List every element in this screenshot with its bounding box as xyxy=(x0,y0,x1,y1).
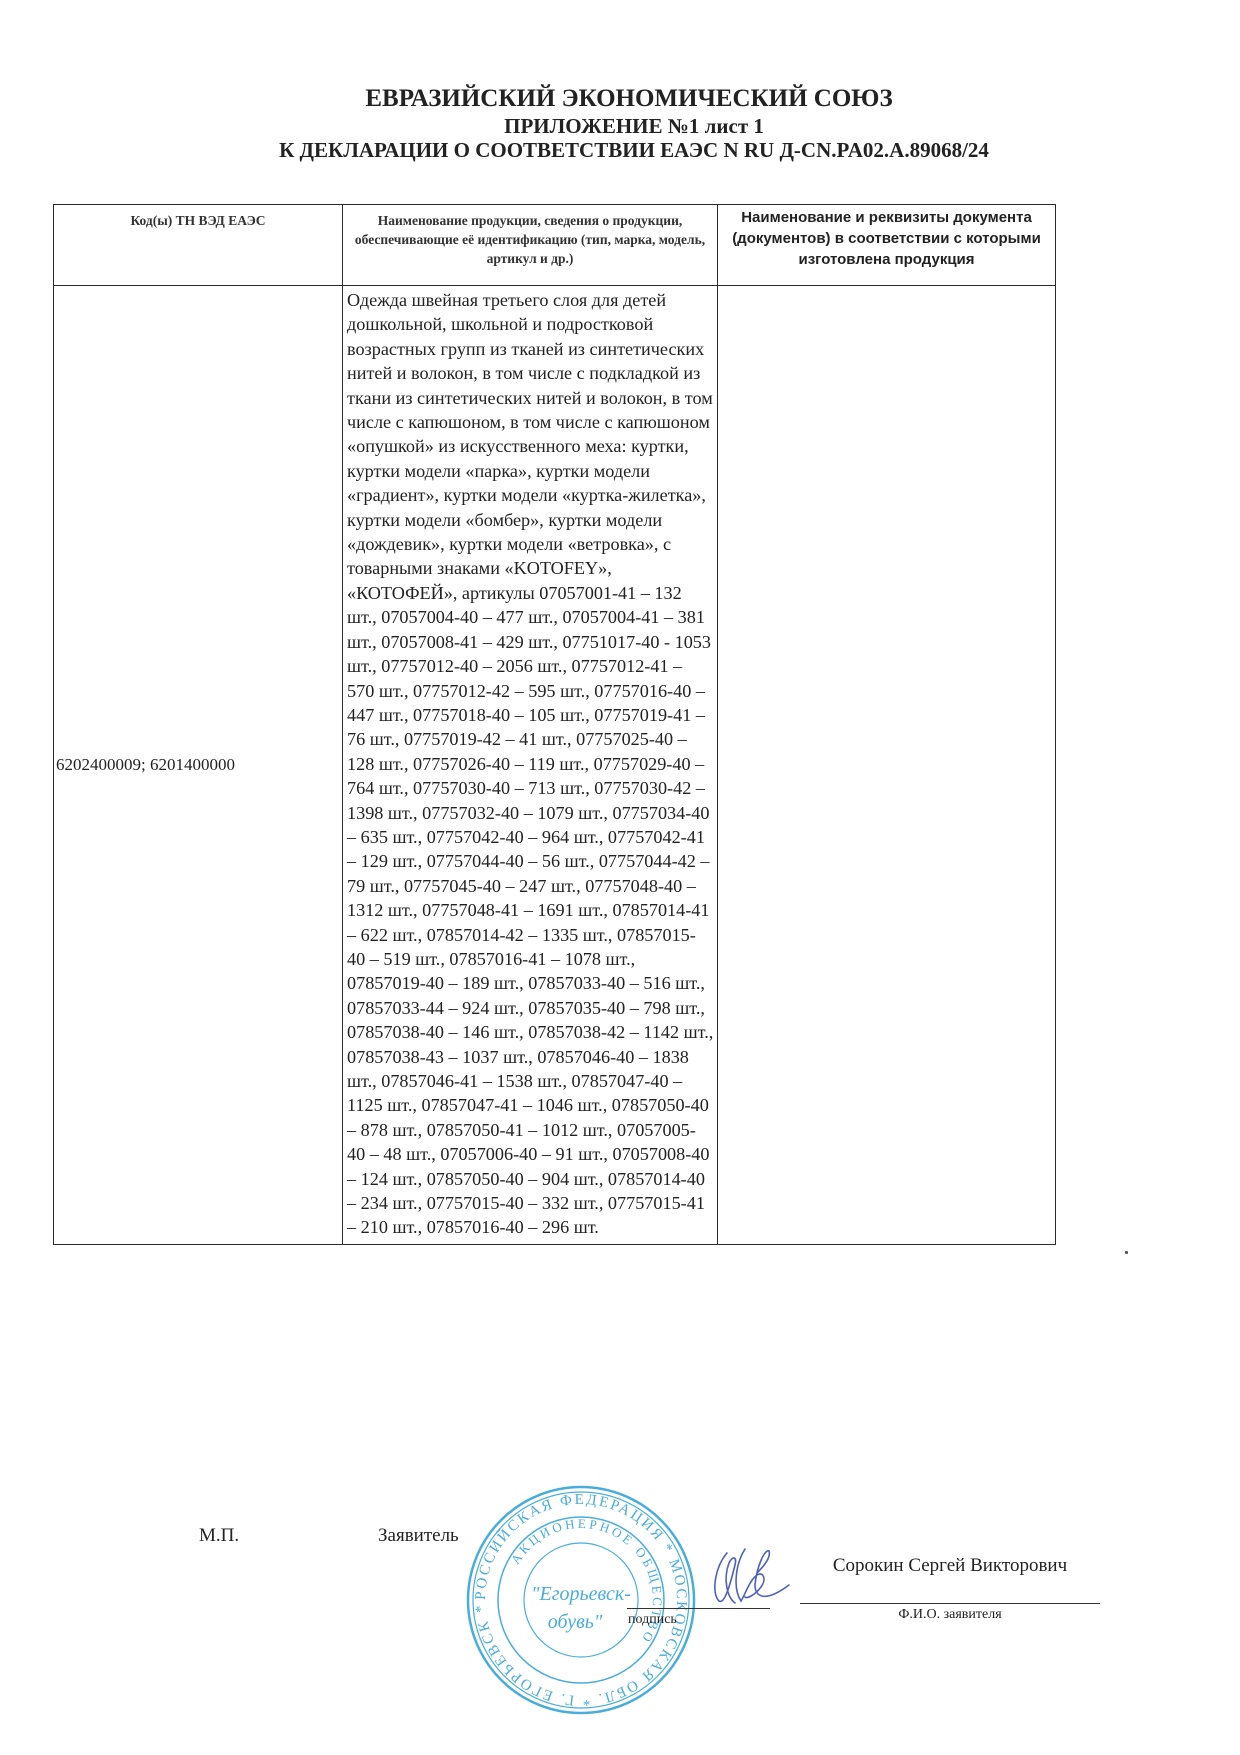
handwritten-signature-icon xyxy=(705,1545,795,1610)
document-header: ЕВРАЗИЙСКИЙ ЭКОНОМИЧЕСКИЙ СОЮЗ ПРИЛОЖЕНИ… xyxy=(0,84,1240,163)
signature-label: подпись xyxy=(628,1612,677,1628)
column-header-documents: Наименование и реквизиты документа (доку… xyxy=(718,205,1056,286)
union-title: ЕВРАЗИЙСКИЙ ЭКОНОМИЧЕСКИЙ СОЮЗ xyxy=(18,84,1240,114)
table-row: 6202400009; 6201400000 Одежда швейная тр… xyxy=(54,286,1056,1245)
name-line xyxy=(800,1603,1100,1604)
svg-text:обувь": обувь" xyxy=(548,1611,603,1633)
company-stamp-icon: РОССИЙСКАЯ ФЕДЕРАЦИЯ * МОСКОВСКАЯ ОБЛ. *… xyxy=(463,1482,699,1718)
product-table: Код(ы) ТН ВЭД ЕАЭС Наименование продукци… xyxy=(53,204,1056,1245)
product-description-cell: Одежда швейная третьего слоя для детей д… xyxy=(343,286,718,1245)
documents-cell xyxy=(718,286,1056,1245)
applicant-name: Сорокин Сергей Викторович xyxy=(800,1553,1100,1578)
applicant-name-label: Ф.И.О. заявителя xyxy=(800,1607,1100,1623)
column-header-codes: Код(ы) ТН ВЭД ЕАЭС xyxy=(54,205,343,286)
scan-artifact xyxy=(1125,1251,1128,1254)
table-header-row: Код(ы) ТН ВЭД ЕАЭС Наименование продукци… xyxy=(54,205,1056,286)
svg-text:"Егорьевск-: "Егорьевск- xyxy=(531,1583,631,1605)
seal-place-label: М.П. xyxy=(199,1525,239,1547)
hs-codes-cell: 6202400009; 6201400000 xyxy=(54,286,343,1245)
applicant-label: Заявитель xyxy=(378,1525,459,1547)
declaration-title: К ДЕКЛАРАЦИИ О СООТВЕТСТВИИ ЕАЭС N RU Д-… xyxy=(28,138,1240,163)
column-header-product: Наименование продукции, сведения о проду… xyxy=(343,205,718,286)
appendix-title: ПРИЛОЖЕНИЕ №1 лист 1 xyxy=(28,114,1240,139)
